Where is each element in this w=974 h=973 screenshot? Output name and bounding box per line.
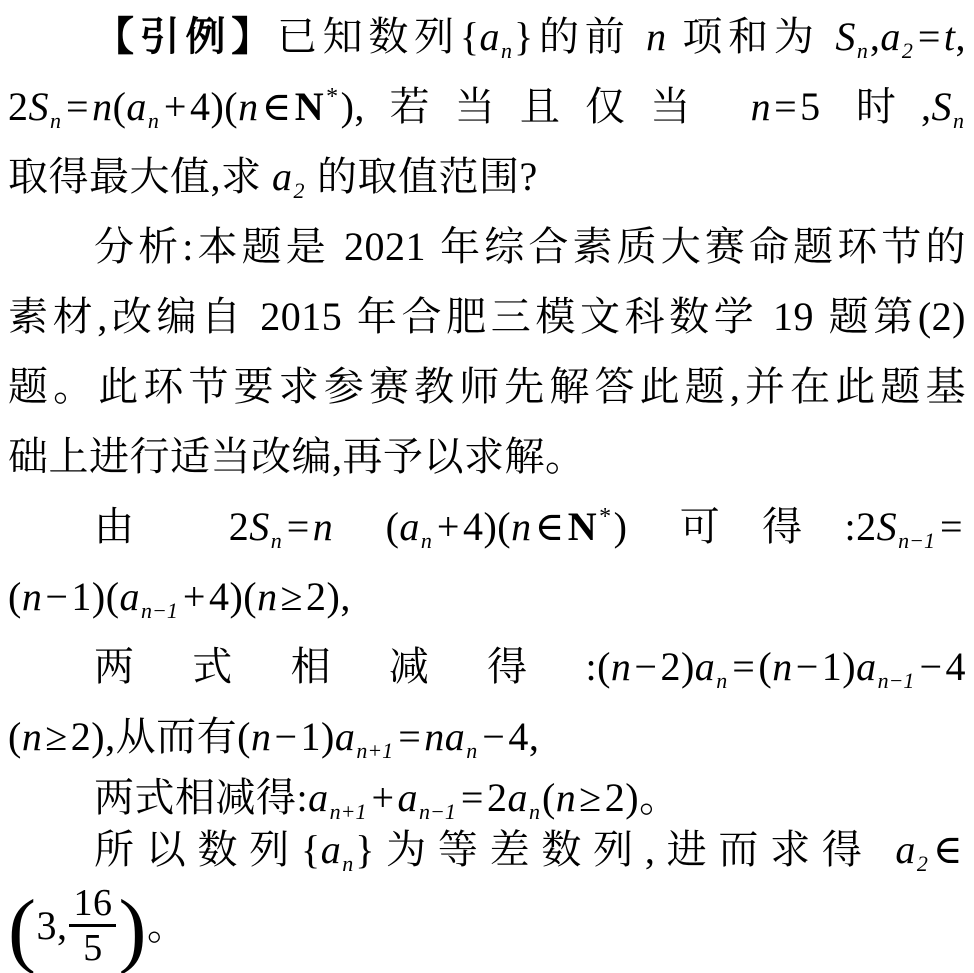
text-line-5: 素材,改编自 2015 年合肥三模文科数学 19 题第(2): [8, 282, 966, 352]
math-variable: t: [944, 14, 956, 59]
fraction-numerator: 16: [69, 882, 116, 928]
text-run: 两式相减得:: [94, 775, 308, 820]
math-variable: S: [932, 84, 953, 129]
math-variable: S: [29, 84, 50, 129]
math-operator: =: [458, 775, 487, 820]
text-run: ): [321, 714, 335, 759]
math-operator: =: [937, 504, 966, 549]
text-run: 4: [946, 644, 967, 689]
math-operator: ∈: [532, 504, 568, 549]
text-run: 2: [487, 775, 508, 820]
text-run: 由: [94, 504, 229, 549]
text-run: (: [8, 574, 22, 619]
math-variable: a: [507, 775, 528, 820]
text-run: 的前: [534, 14, 646, 59]
text-run: ) 可得:: [614, 504, 856, 549]
text-run: (: [8, 714, 22, 759]
math-variable: a: [398, 775, 419, 820]
big-right-paren: ): [118, 883, 146, 973]
text-run: 。: [639, 775, 680, 820]
math-variable: a: [695, 644, 716, 689]
text-run: (: [758, 644, 772, 689]
text-run: 。: [147, 903, 188, 948]
math-operator: =: [395, 714, 424, 759]
text-run: (: [237, 714, 251, 759]
document-body: 【引例】已知数列{an}的前 n 项和为 Sn,a2=t,2Sn=n(an+4)…: [0, 0, 974, 973]
math-subscript: n: [49, 108, 63, 133]
math-subscript: n: [270, 528, 284, 553]
math-subscript: n−1: [897, 528, 937, 553]
math-subscript: n: [500, 38, 514, 63]
math-operator: ≥: [42, 714, 70, 759]
math-subscript: n: [715, 668, 729, 693]
math-variable: S: [835, 14, 856, 59]
text-run: (: [597, 644, 611, 689]
text-run: ): [842, 644, 856, 689]
math-variable: a: [856, 644, 877, 689]
big-left-paren: (: [8, 883, 36, 973]
math-subscript: n: [528, 799, 542, 824]
text-run: 为等差数列,进而求得: [375, 827, 896, 872]
text-run: ,: [57, 903, 68, 948]
text-run: ),: [327, 574, 351, 619]
math-operator: ∈: [259, 84, 295, 129]
text-run: (: [333, 504, 399, 549]
text-run: )(: [92, 574, 120, 619]
math-subscript: n: [420, 528, 434, 553]
math-variable: a: [399, 504, 420, 549]
math-operator: −: [916, 644, 945, 689]
text-run: 2: [229, 504, 250, 549]
text-run: 时,: [821, 84, 932, 129]
math-operator: =: [63, 84, 92, 129]
math-variable: a: [126, 84, 147, 129]
math-operator: ≥: [576, 775, 604, 820]
math-subscript: 2: [293, 178, 307, 203]
math-subscript: n: [341, 851, 355, 876]
math-variable: n: [313, 504, 334, 549]
text-run: 4: [190, 84, 211, 129]
text-run: )(: [483, 504, 511, 549]
text-line-1: 【引例】已知数列{an}的前 n 项和为 Sn,a2=t,: [8, 2, 966, 72]
text-line-12: 两式相减得:an+1+an−1=2an(n≥2)。: [8, 772, 966, 824]
math-variable: n: [611, 644, 632, 689]
text-line-4: 分析:本题是 2021 年综合素质大赛命题环节的: [8, 212, 966, 282]
text-run: )(: [210, 84, 238, 129]
math-variable: a: [480, 14, 501, 59]
text-run: 2: [71, 714, 92, 759]
text-run: 2: [660, 644, 681, 689]
math-variable: a: [445, 714, 466, 759]
math-variable: a: [895, 827, 916, 872]
text-run: 项和为: [667, 14, 836, 59]
text-run: 1: [301, 714, 322, 759]
math-subscript: n: [952, 108, 966, 133]
math-operator: =: [729, 644, 758, 689]
math-subscript: n+1: [329, 799, 369, 824]
math-variable: n: [22, 574, 43, 619]
math-variable: n: [22, 714, 43, 759]
math-operator: −: [793, 644, 822, 689]
text-run: 所以数列: [94, 827, 301, 872]
math-variable: a: [120, 574, 141, 619]
math-variable: n: [751, 84, 772, 129]
math-variable: a: [880, 14, 901, 59]
math-subscript: n−1: [418, 799, 458, 824]
math-operator: +: [161, 84, 190, 129]
text-line-14: (3,165)。: [8, 876, 966, 973]
math-subscript: n+1: [355, 738, 395, 763]
text-run: 题。此环节要求参赛教师先解答此题,并在此题基: [8, 364, 966, 409]
math-variable: n: [257, 574, 278, 619]
math-operator: +: [180, 574, 209, 619]
text-run: )(: [229, 574, 257, 619]
document-page: { "page": { "background": "#ffffff", "te…: [0, 0, 974, 973]
math-operator: =: [284, 504, 313, 549]
text-line-3: 取得最大值,求 a2 的取值范围?: [8, 142, 966, 212]
math-variable: a: [272, 154, 293, 199]
text-run: }: [514, 14, 534, 59]
text-run: ),从而有: [91, 714, 237, 759]
math-superscript: *: [324, 84, 341, 110]
text-run: 2: [306, 574, 327, 619]
text-run: 3: [36, 903, 57, 948]
text-run: (: [542, 775, 556, 820]
bold-text: N: [295, 84, 324, 129]
math-variable: n: [238, 84, 259, 129]
text-run: ,: [956, 14, 967, 59]
math-subscript: 2: [901, 38, 915, 63]
text-run: 础上进行适当改编,再予以求解。: [8, 434, 586, 479]
math-subscript: n: [147, 108, 161, 133]
text-run: {: [301, 827, 321, 872]
math-superscript: *: [597, 504, 614, 530]
math-variable: S: [877, 504, 898, 549]
text-run: ): [341, 84, 355, 129]
math-variable: n: [251, 714, 272, 759]
text-run: 4: [463, 504, 484, 549]
text-run: 两式相减得:: [94, 644, 597, 689]
bold-text: N: [568, 504, 597, 549]
text-line-2: 2Sn=n(an+4)(n∈N*),若当且仅当 n=5 时,Sn: [8, 72, 966, 142]
math-operator: −: [42, 574, 71, 619]
math-operator: ∈: [930, 827, 966, 872]
text-run: 1: [71, 574, 92, 619]
math-variable: n: [772, 644, 793, 689]
text-run: 1: [822, 644, 843, 689]
text-run: ,: [529, 714, 540, 759]
math-variable: n: [424, 714, 445, 759]
math-operator: −: [271, 714, 300, 759]
text-line-8: 由 2Sn=n (an+4)(n∈N*) 可得:2Sn−1=: [8, 492, 966, 562]
fraction: 165: [69, 882, 116, 970]
text-run: 已知数列: [277, 14, 460, 59]
math-subscript: n: [856, 38, 870, 63]
math-variable: n: [556, 775, 577, 820]
math-variable: a: [321, 827, 342, 872]
text-line-11: (n≥2),从而有(n−1)an+1=nan−4,: [8, 702, 966, 772]
text-run: ): [625, 775, 639, 820]
text-run: 的取值范围?: [307, 154, 538, 199]
math-variable: a: [335, 714, 356, 759]
text-run: {: [460, 14, 480, 59]
math-operator: −: [479, 714, 508, 759]
text-run: }: [355, 827, 375, 872]
text-run: 素材,改编自 2015 年合肥三模文科数学 19 题第(2): [8, 294, 966, 339]
text-run: 2: [856, 504, 877, 549]
text-line-7: 础上进行适当改编,再予以求解。: [8, 422, 966, 492]
math-variable: n: [646, 14, 667, 59]
text-run: 取得最大值,求: [8, 154, 272, 199]
math-subscript: n: [465, 738, 479, 763]
bold-text: 【引例】: [94, 14, 277, 59]
text-run: 5: [800, 84, 821, 129]
math-subscript: n−1: [140, 598, 180, 623]
text-run: (: [113, 84, 127, 129]
math-operator: =: [915, 14, 944, 59]
fraction-denominator: 5: [69, 927, 116, 970]
text-run: 2: [8, 84, 29, 129]
math-subscript: 2: [916, 851, 930, 876]
text-run: 2: [605, 775, 626, 820]
text-run: ,: [870, 14, 881, 59]
math-operator: =: [771, 84, 800, 129]
math-variable: a: [308, 775, 329, 820]
math-operator: −: [631, 644, 660, 689]
math-subscript: n−1: [877, 668, 917, 693]
math-variable: n: [511, 504, 532, 549]
text-run: 分析:本题是 2021 年综合素质大赛命题环节的: [94, 224, 966, 269]
math-operator: +: [434, 504, 463, 549]
math-operator: +: [368, 775, 397, 820]
text-line-6: 题。此环节要求参赛教师先解答此题,并在此题基: [8, 352, 966, 422]
math-variable: S: [249, 504, 270, 549]
text-line-9: (n−1)(an−1+4)(n≥2),: [8, 562, 966, 632]
text-line-10: 两式相减得:(n−2)an=(n−1)an−1−4: [8, 632, 966, 702]
text-run: ,若当且仅当: [354, 84, 750, 129]
text-line-13: 所以数列{an}为等差数列,进而求得 a2∈: [8, 824, 966, 876]
math-operator: ≥: [278, 574, 306, 619]
math-variable: n: [92, 84, 113, 129]
text-run: 4: [209, 574, 230, 619]
text-run: ): [681, 644, 695, 689]
text-run: 4: [508, 714, 529, 759]
